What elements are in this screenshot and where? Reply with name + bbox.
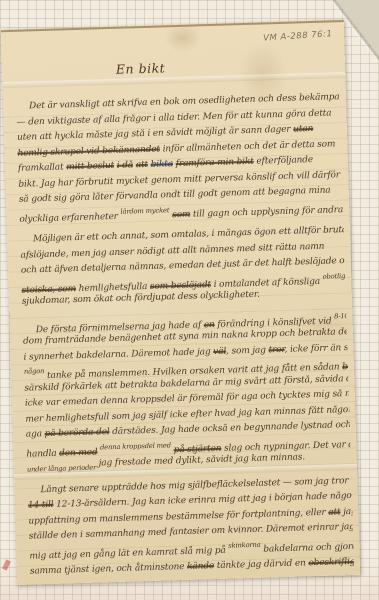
struck-through-text-dark-ink: bikta	[151, 159, 174, 170]
paragraph: Möjligen är ett och annat, som omtalas, …	[20, 225, 346, 312]
handwritten-text: bakdelarna och gjorde honom	[260, 540, 353, 554]
struck-through-text: benägen-	[342, 361, 348, 372]
interlinear-insertion: skinkorna	[228, 540, 260, 549]
struck-through-text: på berörda del	[44, 427, 109, 439]
interlinear-insertion: 8-10	[334, 312, 347, 320]
interlinear-insertion: någon	[24, 367, 44, 376]
struck-through-text: mitt beslut	[66, 161, 114, 172]
handwritten-text: olyckliga erfarenheter	[19, 211, 120, 224]
struck-through-text: utan	[293, 124, 313, 135]
archive-number: VM A-288 76:1	[263, 29, 333, 43]
manuscript-body: Det är vanskligt att skrifva en bok om o…	[16, 92, 354, 578]
underline-stroke	[314, 73, 315, 92]
below-line-insertion: under långa perioder	[27, 464, 96, 474]
handwritten-text: samma tjänst igen, och åtminstone	[30, 562, 188, 577]
handwritten-text: aga	[26, 429, 45, 440]
struck-through-text: att	[328, 507, 340, 517]
struck-through-text: som beslöjadt	[150, 280, 211, 292]
title-underline	[289, 72, 336, 92]
struck-through-text: som	[172, 209, 190, 220]
struck-through-text: stoiska, som	[21, 284, 76, 296]
struck-through-text: i då	[117, 160, 134, 170]
struck-through-text: tror	[268, 344, 284, 354]
struck-through-text: en	[204, 320, 215, 330]
paragraph: Långt senare uppträdde hos mig själfbefl…	[27, 476, 354, 579]
struck-through-text: obeskriflig	[308, 557, 354, 568]
underline-stroke	[310, 73, 311, 92]
struck-through-text: kände	[187, 561, 214, 572]
handwritten-text: framkallat	[18, 162, 67, 173]
handwritten-text: jag	[340, 506, 352, 516]
manuscript-sheet: VM A-288 76:1 En bikt Det är vanskligt a…	[1, 20, 360, 585]
interlinear-insertion: lärdom mycket	[120, 206, 169, 215]
handwritten-text: , icke förr än senare	[284, 343, 347, 355]
handwritten-text: till gagn och upplysning för andra.	[190, 205, 343, 220]
interlinear-insertion: obotliga	[322, 272, 345, 281]
struck-through-text: framföra min bikt	[176, 157, 254, 169]
handwritten-text: handla	[26, 448, 59, 459]
interlinear-insertion: denna kroppsdel med	[100, 441, 171, 451]
scanned-manuscript-page: VM A-288 76:1 En bikt Det är vanskligt a…	[0, 0, 379, 600]
document-title: En bikt	[116, 60, 166, 76]
struck-through-text: på stjärten	[173, 443, 221, 454]
handwritten-text: , som jag	[226, 345, 269, 356]
struck-through-text: 14 till	[28, 500, 54, 511]
handwritten-text: efterföljande	[254, 155, 314, 167]
handwritten-text: tänkte jag därvid en	[214, 558, 309, 571]
struck-through-text: att	[136, 160, 148, 170]
struck-through-text: väl	[213, 346, 226, 356]
paragraph: Det är vanskligt att skrifva en bok om o…	[16, 92, 344, 226]
struck-through-text: den med	[59, 447, 98, 458]
handwritten-text: hemlighetsfulla	[76, 281, 150, 293]
paragraph: De första förnimmelserna jag hade af en …	[22, 312, 350, 477]
